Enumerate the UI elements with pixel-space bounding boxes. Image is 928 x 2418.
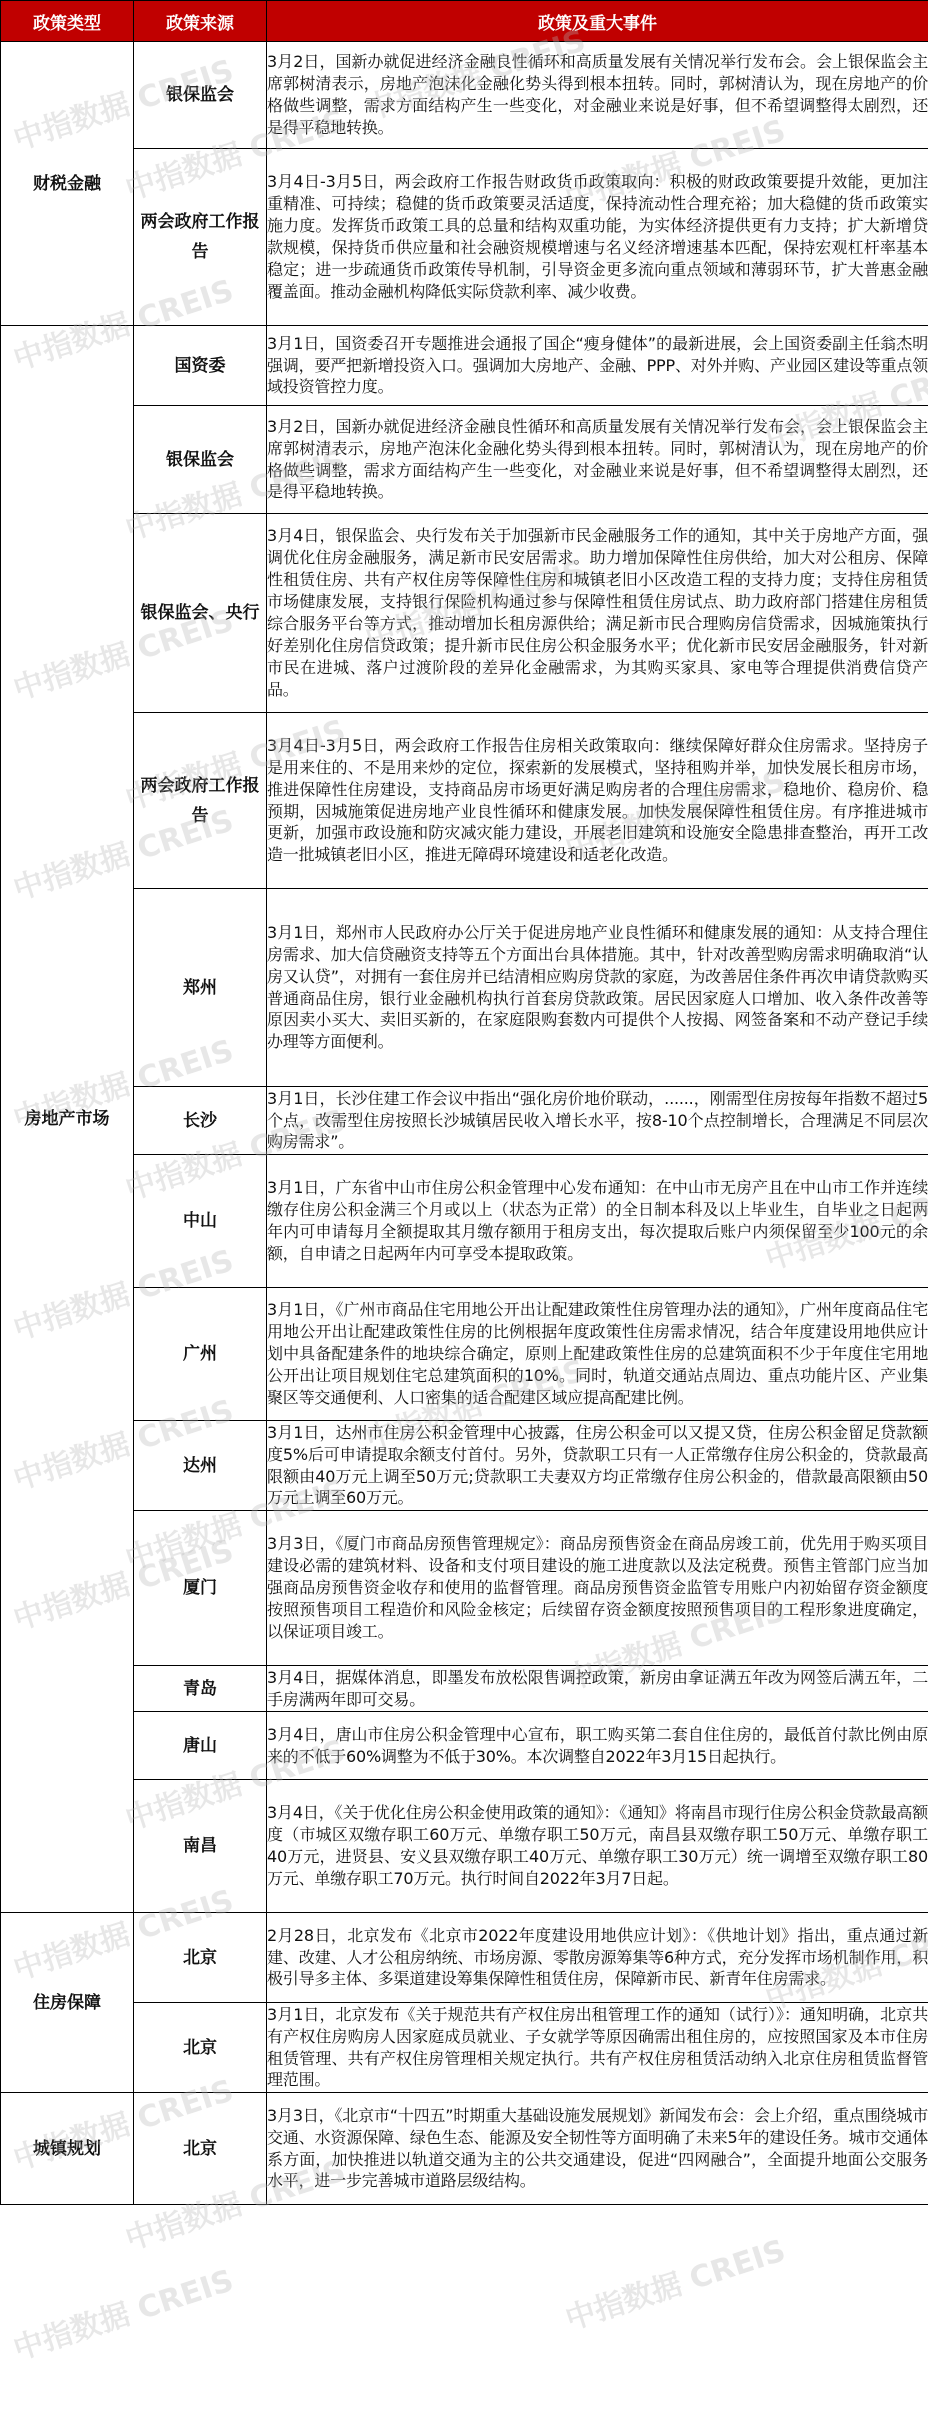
- event-cell: 3月4日，《关于优化住房公积金使用政策的通知》：《通知》将南昌市现行住房公积金贷…: [267, 1780, 928, 1913]
- event-cell: 3月2日，国新办就促进经济金融良性循环和高质量发展有关情况举行发布会，会上银保监…: [267, 406, 928, 514]
- source-cell: 中山: [134, 1155, 267, 1288]
- source-cell: 北京: [134, 2003, 267, 2093]
- table-row: 财税金融 银保监会 3月2日，国新办就促进经济金融良性循环和高质量发展有关情况举…: [1, 42, 928, 149]
- header-policy-type: 政策类型: [1, 1, 134, 42]
- event-cell: 3月4日-3月5日，两会政府工作报告财政货币政策取向：积极的财政政策要提升效能，…: [267, 149, 928, 326]
- table-row: 厦门 3月3日，《厦门市商品房预售管理规定》：商品房预售资金在商品房竣工前，优先…: [1, 1511, 928, 1666]
- event-cell: 3月1日，国资委召开专题推进会通报了国企“瘦身健体”的最新进展，会上国资委副主任…: [267, 326, 928, 406]
- source-cell: 郑州: [134, 889, 267, 1087]
- event-cell: 3月1日，广东省中山市住房公积金管理中心发布通知：在中山市无房产且在中山市工作并…: [267, 1155, 928, 1288]
- event-cell: 3月4日，据媒体消息，即墨发布放松限售调控政策，新房由拿证满五年改为网签后满五年…: [267, 1666, 928, 1712]
- table-row: 青岛 3月4日，据媒体消息，即墨发布放松限售调控政策，新房由拿证满五年改为网签后…: [1, 1666, 928, 1712]
- source-cell: 银保监会、央行: [134, 514, 267, 713]
- event-cell: 3月1日，北京发布《关于规范共有产权住房出租管理工作的通知（试行）》：通知明确，…: [267, 2003, 928, 2093]
- source-cell: 北京: [134, 2093, 267, 2205]
- source-cell: 长沙: [134, 1087, 267, 1155]
- category-cell: 房地产市场: [1, 326, 134, 1913]
- source-cell: 银保监会: [134, 42, 267, 149]
- event-cell: 2月28日，北京发布《北京市2022年度建设用地供应计划》：《供地计划》指出，重…: [267, 1913, 928, 2003]
- header-policy-source: 政策来源: [134, 1, 267, 42]
- event-cell: 3月4日-3月5日，两会政府工作报告住房相关政策取向：继续保障好群众住房需求。坚…: [267, 713, 928, 889]
- source-cell: 达州: [134, 1421, 267, 1511]
- source-cell: 两会政府工作报告: [134, 713, 267, 889]
- table-row: 城镇规划 北京 3月3日，《北京市“十四五”时期重大基础设施发展规划》新闻发布会…: [1, 2093, 928, 2205]
- source-cell: 厦门: [134, 1511, 267, 1666]
- source-cell: 唐山: [134, 1712, 267, 1780]
- table-row: 住房保障 北京 2月28日，北京发布《北京市2022年度建设用地供应计划》：《供…: [1, 1913, 928, 2003]
- event-cell: 3月1日，《广州市商品住宅用地公开出让配建政策性住房管理办法的通知》，广州年度商…: [267, 1288, 928, 1421]
- event-cell: 3月3日，《厦门市商品房预售管理规定》：商品房预售资金在商品房竣工前，优先用于购…: [267, 1511, 928, 1666]
- table-row: 唐山 3月4日，唐山市住房公积金管理中心宣布，职工购买第二套自住住房的，最低首付…: [1, 1712, 928, 1780]
- table-row: 南昌 3月4日，《关于优化住房公积金使用政策的通知》：《通知》将南昌市现行住房公…: [1, 1780, 928, 1913]
- table-row: 广州 3月1日，《广州市商品住宅用地公开出让配建政策性住房管理办法的通知》，广州…: [1, 1288, 928, 1421]
- event-cell: 3月1日，长沙住建工作会议中指出“强化房价地价联动，......，刚需型住房按每…: [267, 1087, 928, 1155]
- event-cell: 3月2日，国新办就促进经济金融良性循环和高质量发展有关情况举行发布会。会上银保监…: [267, 42, 928, 149]
- source-cell: 银保监会: [134, 406, 267, 514]
- table-row: 两会政府工作报告 3月4日-3月5日，两会政府工作报告财政货币政策取向：积极的财…: [1, 149, 928, 326]
- source-cell: 两会政府工作报告: [134, 149, 267, 326]
- table-row: 银保监会、央行 3月4日，银保监会、央行发布关于加强新市民金融服务工作的通知，其…: [1, 514, 928, 713]
- header-policy-events: 政策及重大事件: [267, 1, 928, 42]
- table-header-row: 政策类型 政策来源 政策及重大事件: [1, 1, 928, 42]
- table-row: 北京 3月1日，北京发布《关于规范共有产权住房出租管理工作的通知（试行）》：通知…: [1, 2003, 928, 2093]
- source-cell: 广州: [134, 1288, 267, 1421]
- event-cell: 3月4日，唐山市住房公积金管理中心宣布，职工购买第二套自住住房的，最低首付款比例…: [267, 1712, 928, 1780]
- table-row: 银保监会 3月2日，国新办就促进经济金融良性循环和高质量发展有关情况举行发布会，…: [1, 406, 928, 514]
- category-cell: 城镇规划: [1, 2093, 134, 2205]
- event-cell: 3月3日，《北京市“十四五”时期重大基础设施发展规划》新闻发布会：会上介绍，重点…: [267, 2093, 928, 2205]
- source-cell: 青岛: [134, 1666, 267, 1712]
- table-row: 长沙 3月1日，长沙住建工作会议中指出“强化房价地价联动，......，刚需型住…: [1, 1087, 928, 1155]
- source-cell: 南昌: [134, 1780, 267, 1913]
- event-cell: 3月1日，郑州市人民政府办公厅关于促进房地产业良性循环和健康发展的通知：从支持合…: [267, 889, 928, 1087]
- category-cell: 住房保障: [1, 1913, 134, 2093]
- table-row: 中山 3月1日，广东省中山市住房公积金管理中心发布通知：在中山市无房产且在中山市…: [1, 1155, 928, 1288]
- table-row: 房地产市场 国资委 3月1日，国资委召开专题推进会通报了国企“瘦身健体”的最新进…: [1, 326, 928, 406]
- table-row: 两会政府工作报告 3月4日-3月5日，两会政府工作报告住房相关政策取向：继续保障…: [1, 713, 928, 889]
- watermark: 中指数据 CREIS: [7, 2256, 238, 2369]
- table-row: 郑州 3月1日，郑州市人民政府办公厅关于促进房地产业良性循环和健康发展的通知：从…: [1, 889, 928, 1087]
- event-cell: 3月4日，银保监会、央行发布关于加强新市民金融服务工作的通知，其中关于房地产方面…: [267, 514, 928, 713]
- event-cell: 3月1日，达州市住房公积金管理中心披露，住房公积金可以又提又贷，住房公积金留足贷…: [267, 1421, 928, 1511]
- table-row: 达州 3月1日，达州市住房公积金管理中心披露，住房公积金可以又提又贷，住房公积金…: [1, 1421, 928, 1511]
- policy-table: 政策类型 政策来源 政策及重大事件 财税金融 银保监会 3月2日，国新办就促进经…: [0, 0, 928, 2205]
- source-cell: 国资委: [134, 326, 267, 406]
- source-cell: 北京: [134, 1913, 267, 2003]
- category-cell: 财税金融: [1, 42, 134, 326]
- watermark: 中指数据 CREIS: [559, 2226, 790, 2339]
